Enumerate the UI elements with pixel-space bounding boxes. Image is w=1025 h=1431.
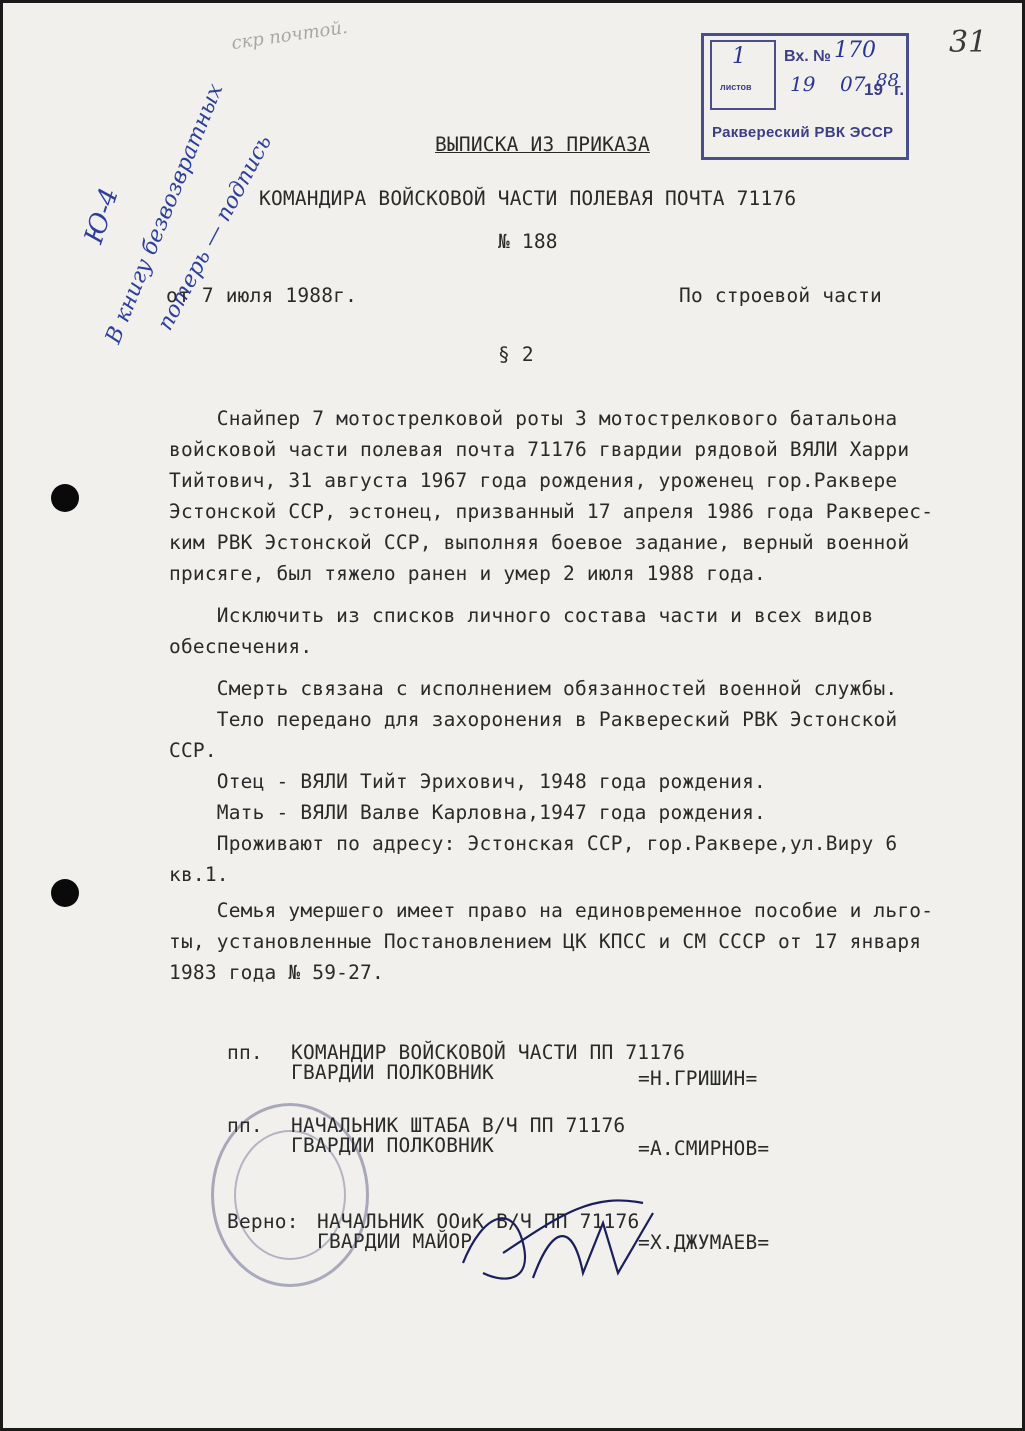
body-line: Эстонской ССР, эстонец, призванный 17 ап… xyxy=(169,500,933,523)
signature-rank: ГВАРДИИ ПОЛКОВНИК xyxy=(291,1061,494,1084)
pencil-note: скр почтой. xyxy=(230,17,349,54)
body-line: ССР. xyxy=(169,739,217,762)
sheets-count: 1 xyxy=(732,44,746,69)
signature-prefix: Верно: xyxy=(227,1210,299,1233)
punch-hole xyxy=(51,484,79,512)
body-line: Тийтович, 31 августа 1967 года рождения,… xyxy=(169,469,897,492)
signature-prefix: пп. xyxy=(227,1041,263,1064)
document-page: 31 скр почтой. 1 листов Вх. № 170 19 07 … xyxy=(3,3,1022,1428)
body-line: Мать - ВЯЛИ Валве Карловна,1947 года рож… xyxy=(169,801,766,824)
section-type: По строевой части xyxy=(679,284,882,307)
page-number: 31 xyxy=(949,25,987,60)
incoming-stamp: 1 листов Вх. № 170 19 07 19 88 г. Раквер… xyxy=(701,33,909,160)
body-line: войсковой части полевая почта 71176 гвар… xyxy=(169,438,909,461)
body-line: Отец - ВЯЛИ Тийт Эрихович, 1948 года рож… xyxy=(169,770,766,793)
body-line: ким РВК Эстонской ССР, выполняя боевое з… xyxy=(169,531,909,554)
sheets-cell: 1 листов xyxy=(710,40,776,110)
body-line: Проживают по адресу: Эстонская ССР, гор.… xyxy=(169,832,897,855)
body-line: Снайпер 7 мотострелковой роты 3 мотостре… xyxy=(169,407,897,430)
incoming-label: Вх. № xyxy=(784,48,831,66)
document-title: ВЫПИСКА ИЗ ПРИКАЗА xyxy=(435,133,650,156)
paragraph-mark: § 2 xyxy=(498,343,534,366)
signature-rank: ГВАРДИИ ПОЛКОВНИК xyxy=(291,1134,494,1157)
body-line: обеспечения. xyxy=(169,635,312,658)
stamp-date-day: 19 xyxy=(790,72,815,96)
body-line: 1983 года № 59-27. xyxy=(169,961,384,984)
signature-name: =А.СМИРНОВ= xyxy=(638,1137,769,1160)
incoming-number: 170 xyxy=(834,38,876,63)
body-line: Тело передано для захоронения в Ракверес… xyxy=(169,708,897,731)
body-line: ты, установленные Постановлением ЦК КПСС… xyxy=(169,930,921,953)
stamp-date-month: 07 xyxy=(840,72,865,96)
document-subtitle: КОМАНДИРА ВОЙСКОВОЙ ЧАСТИ ПОЛЕВАЯ ПОЧТА … xyxy=(259,187,796,210)
signature-name: =Н.ГРИШИН= xyxy=(638,1067,757,1090)
punch-hole xyxy=(51,879,79,907)
handwritten-signature-icon xyxy=(443,1183,683,1293)
body-line: Семья умершего имеет право на единовреме… xyxy=(169,899,933,922)
stamp-date-suffix: г. xyxy=(894,80,904,100)
body-line: Исключить из списков личного состава час… xyxy=(169,604,873,627)
body-line: Смерть связана с исполнением обязанносте… xyxy=(169,677,897,700)
order-date: от 7 июля 1988г. xyxy=(166,284,357,307)
handwritten-line-1: Ю-4 xyxy=(79,184,125,247)
sheets-label: листов xyxy=(720,82,752,92)
body-line: присяге, был тяжело ранен и умер 2 июля … xyxy=(169,562,766,585)
stamp-organization: Раквереский РВК ЭССР xyxy=(712,124,893,141)
body-line: кв.1. xyxy=(169,863,229,886)
order-number: № 188 xyxy=(498,230,558,253)
signature-prefix: пп. xyxy=(227,1114,263,1137)
